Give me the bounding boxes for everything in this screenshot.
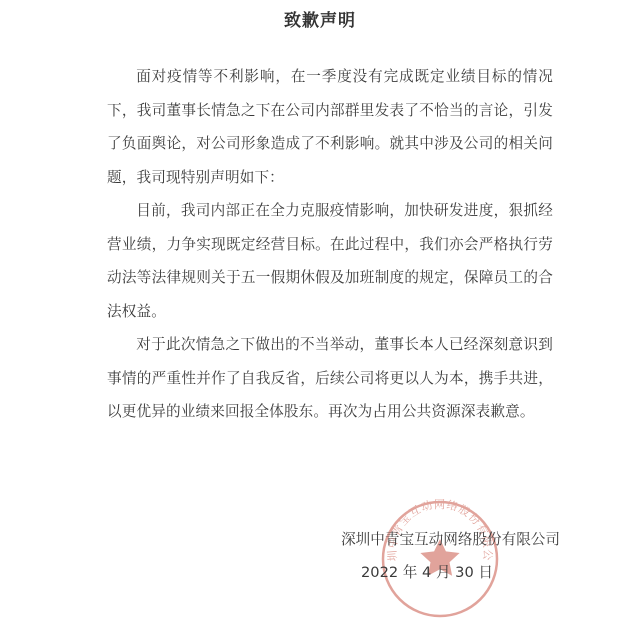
company-seal-icon: 深圳中青宝互动网络股份有限公司	[380, 499, 500, 619]
paragraph-3: 对于此次情急之下做出的不当举动，董事长本人已经深刻意识到事情的严重性并作了自我反…	[107, 328, 553, 429]
paragraph-2: 目前，我司内部正在全力克服疫情影响，加快研发进度，狠抓经营业绩，力争实现既定经营…	[107, 194, 553, 328]
document-title: 致歉声明	[0, 6, 640, 31]
document-body: 面对疫情等不利影响，在一季度没有完成既定业绩目标的情况下，我司董事长情急之下在公…	[107, 60, 553, 429]
paragraph-1: 面对疫情等不利影响，在一季度没有完成既定业绩目标的情况下，我司董事长情急之下在公…	[107, 60, 553, 194]
signature-company: 深圳中青宝互动网络股份有限公司	[341, 528, 560, 549]
signature-date: 2022 年 4 月 30 日	[361, 561, 493, 582]
